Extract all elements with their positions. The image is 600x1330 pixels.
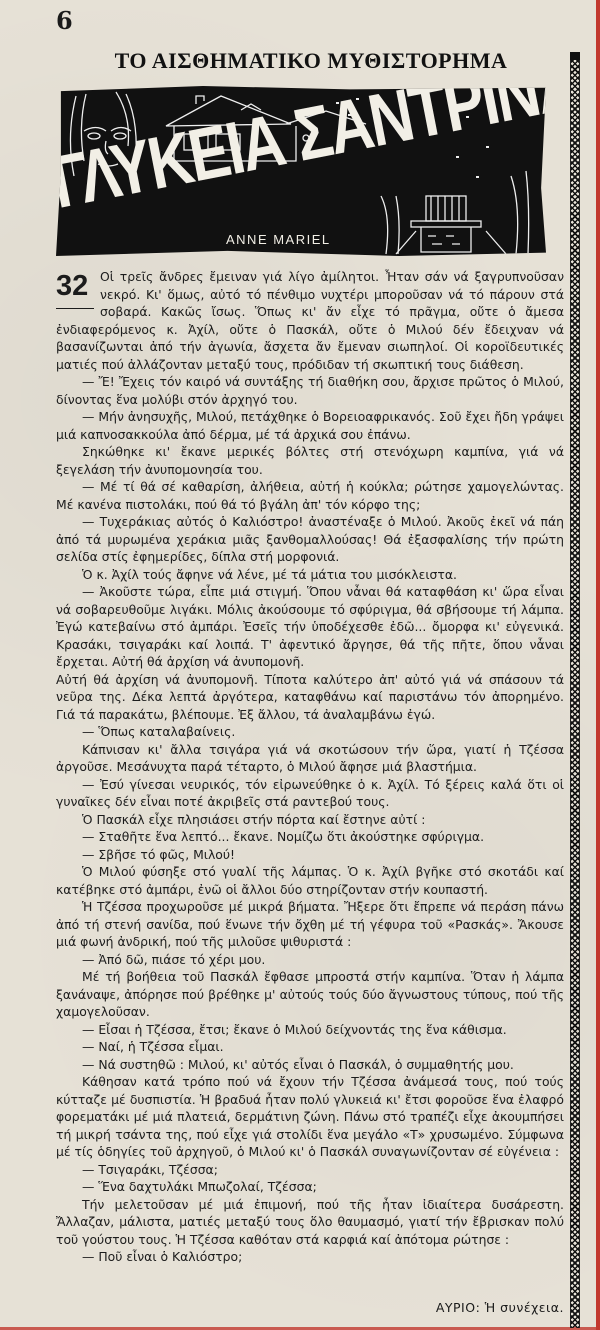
tree-icon <box>381 171 529 254</box>
paragraph: Ὁ κ. Ἀχίλ τούς ἄφηνε νά λένε, μέ τά μάτι… <box>56 566 564 584</box>
paragraph: Ὁ Μιλού φύσηξε στό γυαλί τῆς λάμπας. Ὁ κ… <box>56 863 564 898</box>
paragraph: Κάθησαν κατά τρόπο πού νά ἔχουν τήν Τζέσ… <box>56 1073 564 1161</box>
paragraph: — Ὅπως καταλαβαίνεις. <box>56 723 564 741</box>
paragraph: Ὁ Πασκάλ εἶχε πλησιάσει στήν πόρτα καί ἔ… <box>56 811 564 829</box>
page-number: 6 <box>56 6 73 35</box>
zigzag-border <box>570 52 580 1328</box>
section-title: ΤΟ ΑΙΣΘΗΜΑΤΙΚΟ ΜΥΘΙΣΤΟΡΗΜΑ <box>96 48 526 74</box>
title-banner: ΓΛΥΚΕΙΑ ΣΑΝΤΡΙΝΑ ANNE MARIEL <box>56 86 546 256</box>
paragraph: — Μήν ἀνησυχῆς, Μιλού, πετάχθηκε ὁ Βορει… <box>56 408 564 443</box>
paragraph: Τήν μελετοῦσαν μέ μιά ἐπιμονή, πού τῆς ἦ… <box>56 1196 564 1249</box>
paragraph: — Ναί, ἡ Τζέσσα εἶμαι. <box>56 1038 564 1056</box>
paragraph: Μέ τή βοήθεια τοῦ Πασκάλ ἔφθασε μπροστά … <box>56 968 564 1021</box>
page-edge <box>596 0 600 1330</box>
paragraph: — Τσιγαράκι, Τζέσσα; <box>56 1161 564 1179</box>
paragraph: — Ἀκοῦστε τώρα, εἶπε μιά στιγμή. Ὅπου νἆ… <box>56 583 564 671</box>
paragraph: — Ἀπό δῶ, πιάσε τό χέρι μου. <box>56 951 564 969</box>
article-body: 32 Οἱ τρεῖς ἄνδρες ἔμειναν γιά λίγο ἀμίλ… <box>56 268 564 1266</box>
paragraph: Οἱ τρεῖς ἄνδρες ἔμειναν γιά λίγο ἀμίλητο… <box>56 268 564 373</box>
paragraph: Κάπνισαν κι' ἄλλα τσιγάρα γιά νά σκοτώσο… <box>56 741 564 776</box>
chapter-number: 32 <box>56 270 94 309</box>
fireplace-icon <box>396 196 506 254</box>
paragraph: — Νά συστηθῶ : Μιλού, κι' αὐτός εἶναι ὁ … <box>56 1056 564 1074</box>
continued-note: ΑΥΡΙΟ: Ἡ συνέχεια. <box>436 1300 564 1315</box>
paragraph: Ἡ Τζέσσα προχωροῦσε μέ μικρά βήματα. Ἤξε… <box>56 898 564 951</box>
paragraph: — Ἔ! Ἔχεις τόν καιρό νά συντάξης τή διαθ… <box>56 373 564 408</box>
paragraph: — Σβῆσε τό φῶς, Μιλού! <box>56 846 564 864</box>
paragraph: — Ἕνα δαχτυλάκι Μπωζολαί, Τζέσσα; <box>56 1178 564 1196</box>
paragraph: — Ποῦ εἶναι ὁ Καλιόστρο; <box>56 1248 564 1266</box>
paragraph: — Μέ τί θά σέ καθαρίση, ἀλήθεια, αὐτή ἡ … <box>56 478 564 513</box>
paragraph: — Εἶσαι ἡ Τζέσσα, ἔτσι; ἔκανε ὁ Μιλού δε… <box>56 1021 564 1039</box>
zigzag-border-cap <box>570 52 580 60</box>
paragraph: Σηκώθηκε κι' ἔκανε μερικές βόλτες στή στ… <box>56 443 564 478</box>
paragraph: — Σταθῆτε ἕνα λεπτό... ἔκανε. Νομίζω ὅτι… <box>56 828 564 846</box>
paragraph: — Τυχεράκιας αὐτός ὁ Καλιόστρο! ἀναστένα… <box>56 513 564 566</box>
paragraph: Αὐτή θά ἀρχίση νά ἀνυπομονῆ. Τίποτα καλύ… <box>56 671 564 724</box>
paragraph: — Ἐσύ γίνεσαι νευρικός, τόν εἰρωνεύθηκε … <box>56 776 564 811</box>
author-name: ANNE MARIEL <box>226 232 331 247</box>
